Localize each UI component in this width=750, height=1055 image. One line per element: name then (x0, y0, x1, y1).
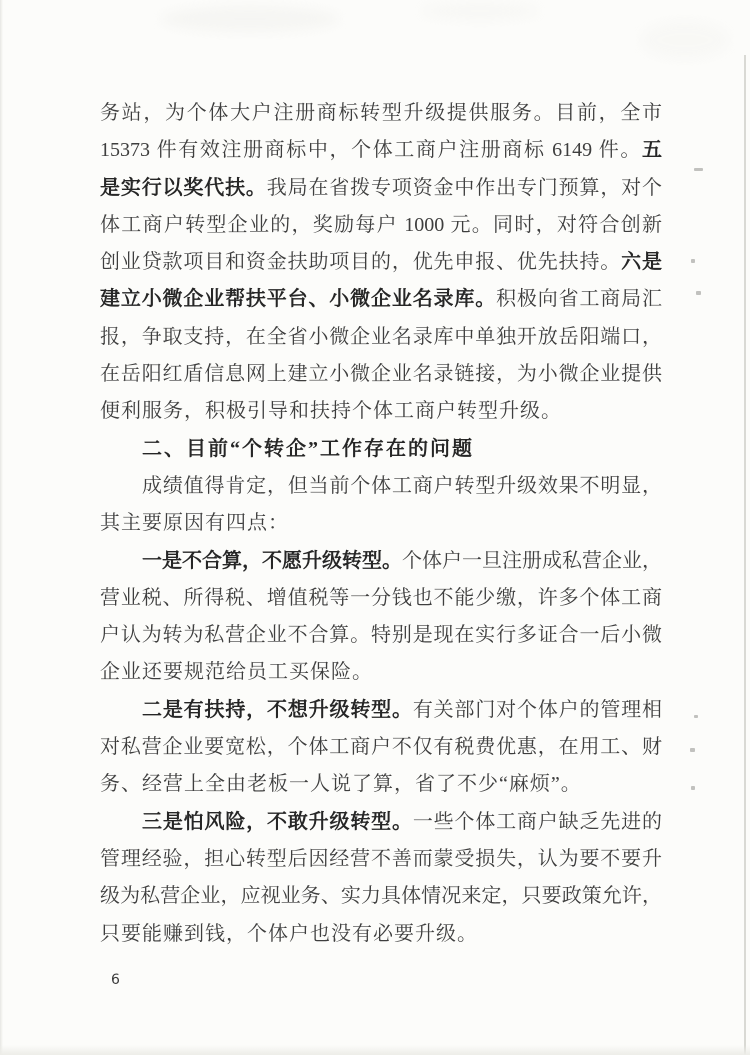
text-line: 只要能赚到钱，个体户也没有必要升级。 (100, 916, 662, 953)
text-segment: 是实行以奖代扶。 (100, 177, 267, 199)
scan-speck (691, 786, 695, 790)
text-segment: 只要能赚到钱，个体户也没有必要升级。 (100, 923, 478, 945)
text-segment: 我局在省拨专项资金中作出专门预算，对个 (267, 177, 662, 199)
text-segment: 三是怕风险，不敢升级转型。 (142, 811, 413, 833)
text-segment: 建立小微企业帮扶平台、小微企业名录库。 (100, 288, 496, 310)
text-segment: 个体户一旦注册成私营企业， (402, 550, 662, 572)
text-line: 在岳阳红盾信息网上建立小微企业名录链接，为小微企业提供 (100, 356, 662, 393)
text-segment: 务站，为个体大户注册商标转型升级提供服务。目前，全市 (100, 102, 662, 124)
text-segment: 户认为转为私营企业不合算。特别是现在实行多证合一后小微 (100, 624, 662, 646)
document-page: 务站，为个体大户注册商标转型升级提供服务。目前，全市15373 件有效注册商标中… (0, 0, 750, 1055)
text-line: 体工商户转型企业的，奖励每户 1000 元。同时，对符合创新 (100, 207, 662, 244)
text-segment: 一是不合算，不愿升级转型。 (142, 550, 402, 572)
text-segment: 二是有扶持，不想升级转型。 (142, 699, 413, 721)
text-segment: 在岳阳红盾信息网上建立小微企业名录链接，为小微企业提供 (100, 363, 662, 385)
text-line: 便利服务，积极引导和扶持个体工商户转型升级。 (100, 393, 662, 430)
text-line: 三是怕风险，不敢升级转型。一些个体工商户缺乏先进的 (100, 804, 662, 841)
text-segment: 有关部门对个体户的管理相 (413, 699, 662, 721)
text-segment: 六是 (621, 251, 662, 273)
text-segment: 管理经验，担心转型后因经营不善而蒙受损失，认为要不要升 (100, 848, 662, 870)
text-segment: 级为私营企业，应视业务、实力具体情况来定，只要政策允许， (100, 885, 662, 907)
text-line: 是实行以奖代扶。我局在省拨专项资金中作出专门预算，对个 (100, 170, 662, 207)
scan-speck (694, 168, 703, 171)
text-segment: 营业税、所得税、增值税等一分钱也不能少缴，许多个体工商 (100, 587, 662, 609)
text-segment: 便利服务，积极引导和扶持个体工商户转型升级。 (100, 400, 562, 422)
text-line: 对私营企业要宽松，个体工商户不仅有税费优惠，在用工、财 (100, 729, 662, 766)
text-segment: 15373 件有效注册商标中，个体工商户注册商标 6149 件。 (100, 139, 642, 161)
text-line: 一是不合算，不愿升级转型。个体户一旦注册成私营企业， (100, 543, 662, 580)
scan-smudge (640, 20, 730, 60)
page-left-edge-shade (0, 0, 3, 1055)
page-bottom-edge-shade (0, 1045, 750, 1055)
page-number: 6 (111, 972, 120, 988)
text-segment: 对私营企业要宽松，个体工商户不仅有税费优惠，在用工、财 (100, 736, 662, 758)
scan-background: { "colors": { "paper": "#fcfcfa", "ink":… (0, 0, 750, 1055)
text-segment: 创业贷款项目和资金扶助项目的，优先申报、优先扶持。 (100, 251, 621, 273)
text-segment: 成绩值得肯定，但当前个体工商户转型升级效果不明显， (142, 475, 662, 497)
text-line: 管理经验，担心转型后因经营不善而蒙受损失，认为要不要升 (100, 841, 662, 878)
text-segment: 五 (642, 139, 662, 161)
text-line: 二是有扶持，不想升级转型。有关部门对个体户的管理相 (100, 692, 662, 729)
text-line: 务站，为个体大户注册商标转型升级提供服务。目前，全市 (100, 95, 662, 132)
scan-smudge (160, 6, 340, 32)
scan-speck (696, 291, 701, 295)
text-line: 务、经营上全由老板一人说了算，省了不少“麻烦”。 (100, 766, 662, 803)
scan-speck (690, 748, 695, 752)
text-segment: 一些个体工商户缺乏先进的 (413, 811, 662, 833)
text-segment: 务、经营上全由老板一人说了算，省了不少“麻烦”。 (100, 773, 582, 795)
text-line: 其主要原因有四点： (100, 505, 662, 542)
document-body: 务站，为个体大户注册商标转型升级提供服务。目前，全市15373 件有效注册商标中… (100, 95, 662, 953)
page-right-edge-line (744, 55, 746, 1055)
text-line: 成绩值得肯定，但当前个体工商户转型升级效果不明显， (100, 468, 662, 505)
scan-speck (694, 715, 698, 718)
text-line: 建立小微企业帮扶平台、小微企业名录库。积极向省工商局汇 (100, 281, 662, 318)
text-line: 创业贷款项目和资金扶助项目的，优先申报、优先扶持。六是 (100, 244, 662, 281)
text-segment: 企业还要规范给员工买保险。 (100, 661, 373, 683)
text-segment: 二、目前“个转企”工作存在的问题 (142, 438, 474, 460)
scan-speck (691, 259, 695, 263)
text-segment: 其主要原因有四点： (100, 512, 289, 534)
text-line: 营业税、所得税、增值税等一分钱也不能少缴，许多个体工商 (100, 580, 662, 617)
text-line: 15373 件有效注册商标中，个体工商户注册商标 6149 件。五 (100, 132, 662, 169)
text-segment: 报，争取支持，在全省小微企业名录库中单独开放岳阳端口， (100, 326, 662, 348)
scan-smudge (420, 2, 540, 20)
text-line: 报，争取支持，在全省小微企业名录库中单独开放岳阳端口， (100, 319, 662, 356)
text-segment: 体工商户转型企业的，奖励每户 1000 元。同时，对符合创新 (100, 214, 662, 236)
text-segment: 积极向省工商局汇 (496, 288, 662, 310)
text-line: 企业还要规范给员工买保险。 (100, 654, 662, 691)
text-line: 户认为转为私营企业不合算。特别是现在实行多证合一后小微 (100, 617, 662, 654)
section-heading: 二、目前“个转企”工作存在的问题 (100, 431, 662, 468)
text-line: 级为私营企业，应视业务、实力具体情况来定，只要政策允许， (100, 878, 662, 915)
